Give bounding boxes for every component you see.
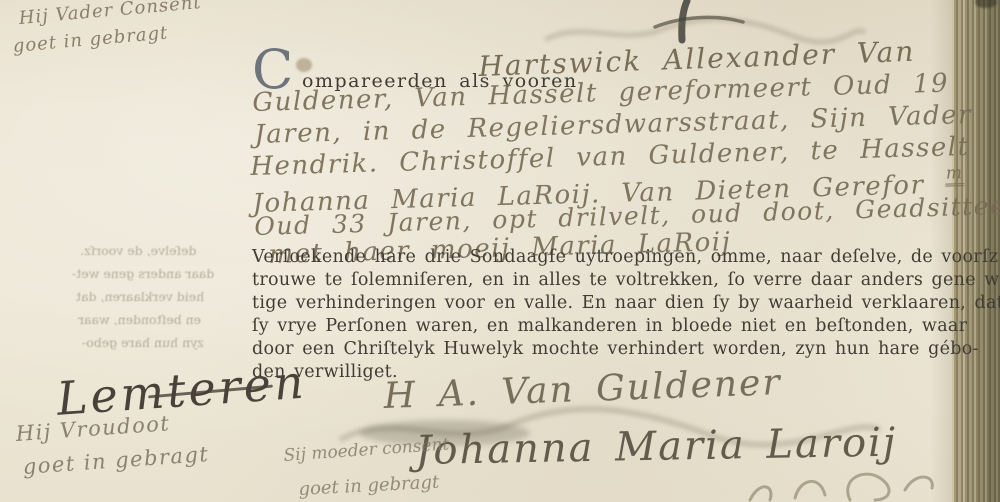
printed-paragraph-line-2: trouwe te ſolemniſeren, en in alles te v… xyxy=(252,270,1000,290)
margin-note-top-line1: Hij Vader Consent xyxy=(18,0,202,29)
bleedthrough-line-1: deſelve, de voorſz. xyxy=(80,243,196,258)
ghost-writing-smudge-top xyxy=(540,10,870,55)
margin-note-bottom-line2: goet in gebragt xyxy=(22,442,210,479)
drop-cap: C xyxy=(252,48,293,92)
margin-name-lemteren: Lemteren xyxy=(55,355,308,426)
printed-paragraph-line-4: ſy vrye Perſonen waren, en malkanderen i… xyxy=(252,316,967,336)
bleedthrough-line-2: daar anders gene wet- xyxy=(72,266,214,281)
cutoff-flourish-bottom-right xyxy=(740,460,940,502)
bride-margin-note-line2: goet in gebragt xyxy=(298,472,440,500)
document-page: Hij Vader Consent goet in gebragt C ompa… xyxy=(0,0,1000,502)
printed-paragraph-line-5: door een Chriſtelyk Huwelyk mochte verhi… xyxy=(252,339,979,359)
bleedthrough-line-4: en beſtonden, waar xyxy=(78,312,201,327)
bleedthrough-line-5: zyn hun hare gebo- xyxy=(82,335,204,350)
printed-paragraph-line-1: Verſoekende hare drie Sondaagſe uytroepi… xyxy=(252,247,1000,267)
margin-note-top-line2: goet in gebragt xyxy=(12,22,169,57)
superscript-abbreviation: m xyxy=(945,163,965,187)
margin-note-bottom-line1: Hij Vroudoot xyxy=(15,411,171,446)
bleedthrough-line-3: heid verklaaren, dat xyxy=(76,289,204,304)
printed-paragraph-line-3: tige verhinderingen voor en valle. En na… xyxy=(252,293,1000,313)
